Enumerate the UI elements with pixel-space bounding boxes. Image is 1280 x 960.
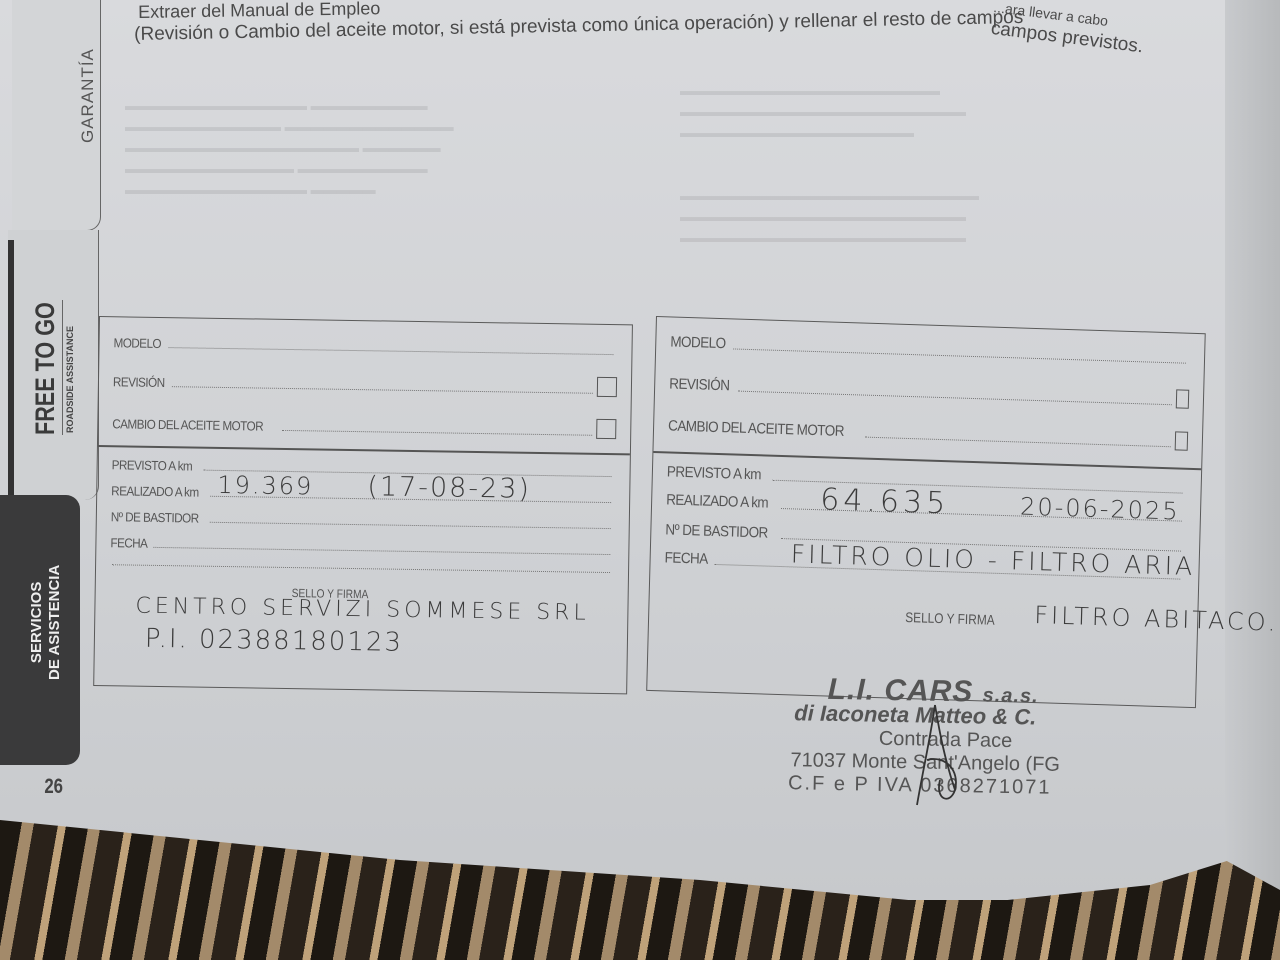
label-fecha: FECHA (110, 535, 147, 551)
tab-servicios-label: SERVICIOS DE ASISTENCIA (28, 565, 64, 680)
field-modelo[interactable]: MODELO (113, 335, 617, 358)
handwritten-date: 20-06-2025 (1020, 493, 1180, 526)
input-line (210, 521, 610, 529)
input-line (112, 563, 610, 573)
service-record-form-2: MODELO REVISIÓN CAMBIO DEL ACEITE MOTOR … (646, 316, 1206, 708)
label-modelo: MODELO (670, 333, 726, 352)
label-revision: REVISIÓN (669, 375, 730, 394)
label-realizado-km: REALIZADO A km (666, 491, 768, 511)
label-modelo: MODELO (113, 335, 161, 351)
revision-checkbox[interactable] (597, 377, 617, 397)
bleed-through-text: ▬▬▬▬▬▬▬▬▬▬▬▬▬▬▬▬▬▬▬▬▬▬▬▬▬▬▬▬▬▬▬▬▬▬▬▬▬▬▬▬… (680, 80, 979, 248)
handwritten-date-note: (17-08-23) (367, 471, 531, 505)
field-bastidor[interactable]: Nº DE BASTIDOR (111, 509, 615, 532)
field-modelo[interactable]: MODELO (670, 333, 1190, 366)
input-line (734, 347, 1186, 363)
field-realizado-km[interactable]: REALIZADO A km (111, 483, 615, 506)
label-fecha: FECHA (664, 549, 707, 567)
tab-servicios-label-line1: SERVICIOS (28, 582, 45, 663)
service-record-form-1: MODELO REVISIÓN CAMBIO DEL ACEITE MOTOR … (93, 316, 633, 694)
input-line (282, 429, 592, 436)
handwritten-stamp-line1: CENTRO SERVIZI SOMMESE SRL (135, 594, 590, 626)
label-revision: REVISIÓN (113, 374, 165, 390)
label-previsto-km: PREVISTO A km (667, 463, 761, 483)
cambio-aceite-checkbox[interactable] (596, 419, 616, 439)
cambio-aceite-checkbox[interactable] (1175, 431, 1188, 450)
tab-marker (8, 240, 14, 498)
page-number: 26 (44, 775, 63, 799)
field-revision[interactable]: REVISIÓN (113, 369, 617, 397)
handwritten-stamp-line2: P.I. 02388180123 (145, 624, 404, 658)
input-line (738, 390, 1172, 406)
label-cambio-aceite: CAMBIO DEL ACEITE MOTOR (668, 417, 844, 440)
extra-line (110, 563, 614, 576)
free-to-go-logo: FREE TO GO (30, 302, 61, 435)
roadside-assistance-label: ROADSIDE ASSISTANCE (65, 326, 75, 433)
field-revision[interactable]: REVISIÓN (669, 373, 1189, 408)
label-realizado-km: REALIZADO A km (111, 483, 199, 499)
handwritten-realizado-km: 19.369 (217, 471, 313, 501)
field-previsto-km[interactable]: PREVISTO A km (112, 457, 616, 480)
revision-checkbox[interactable] (1176, 389, 1189, 408)
label-previsto-km: PREVISTO A km (112, 457, 193, 473)
input-line (172, 385, 593, 394)
signature (905, 700, 985, 810)
label-bastidor: Nº DE BASTIDOR (111, 509, 199, 525)
handwritten-realizado-km: 64.635 (820, 482, 950, 521)
field-fecha[interactable]: FECHA (110, 535, 614, 558)
label-cambio-aceite: CAMBIO DEL ACEITE MOTOR (112, 416, 263, 433)
section-divider (98, 445, 630, 455)
next-page-edge (1225, 0, 1280, 900)
input-line (865, 436, 1170, 448)
logo-divider (62, 300, 63, 435)
field-cambio-aceite[interactable]: CAMBIO DEL ACEITE MOTOR (668, 415, 1188, 450)
bleed-through-text: ▬▬▬▬▬▬▬▬▬▬▬▬▬▬ ▬▬▬▬▬▬▬▬▬▬▬▬▬▬▬▬▬▬▬▬▬ ▬▬▬… (125, 95, 454, 200)
tab-servicios-label-line2: DE ASISTENCIA (46, 565, 63, 680)
tab-garantia-label: GARANTÍA (78, 48, 98, 143)
field-cambio-aceite[interactable]: CAMBIO DEL ACEITE MOTOR (112, 411, 616, 439)
input-line (153, 546, 610, 555)
sello-firma-label: SELLO Y FIRMA (905, 609, 995, 628)
input-line (168, 346, 613, 355)
label-bastidor: Nº DE BASTIDOR (665, 521, 768, 541)
